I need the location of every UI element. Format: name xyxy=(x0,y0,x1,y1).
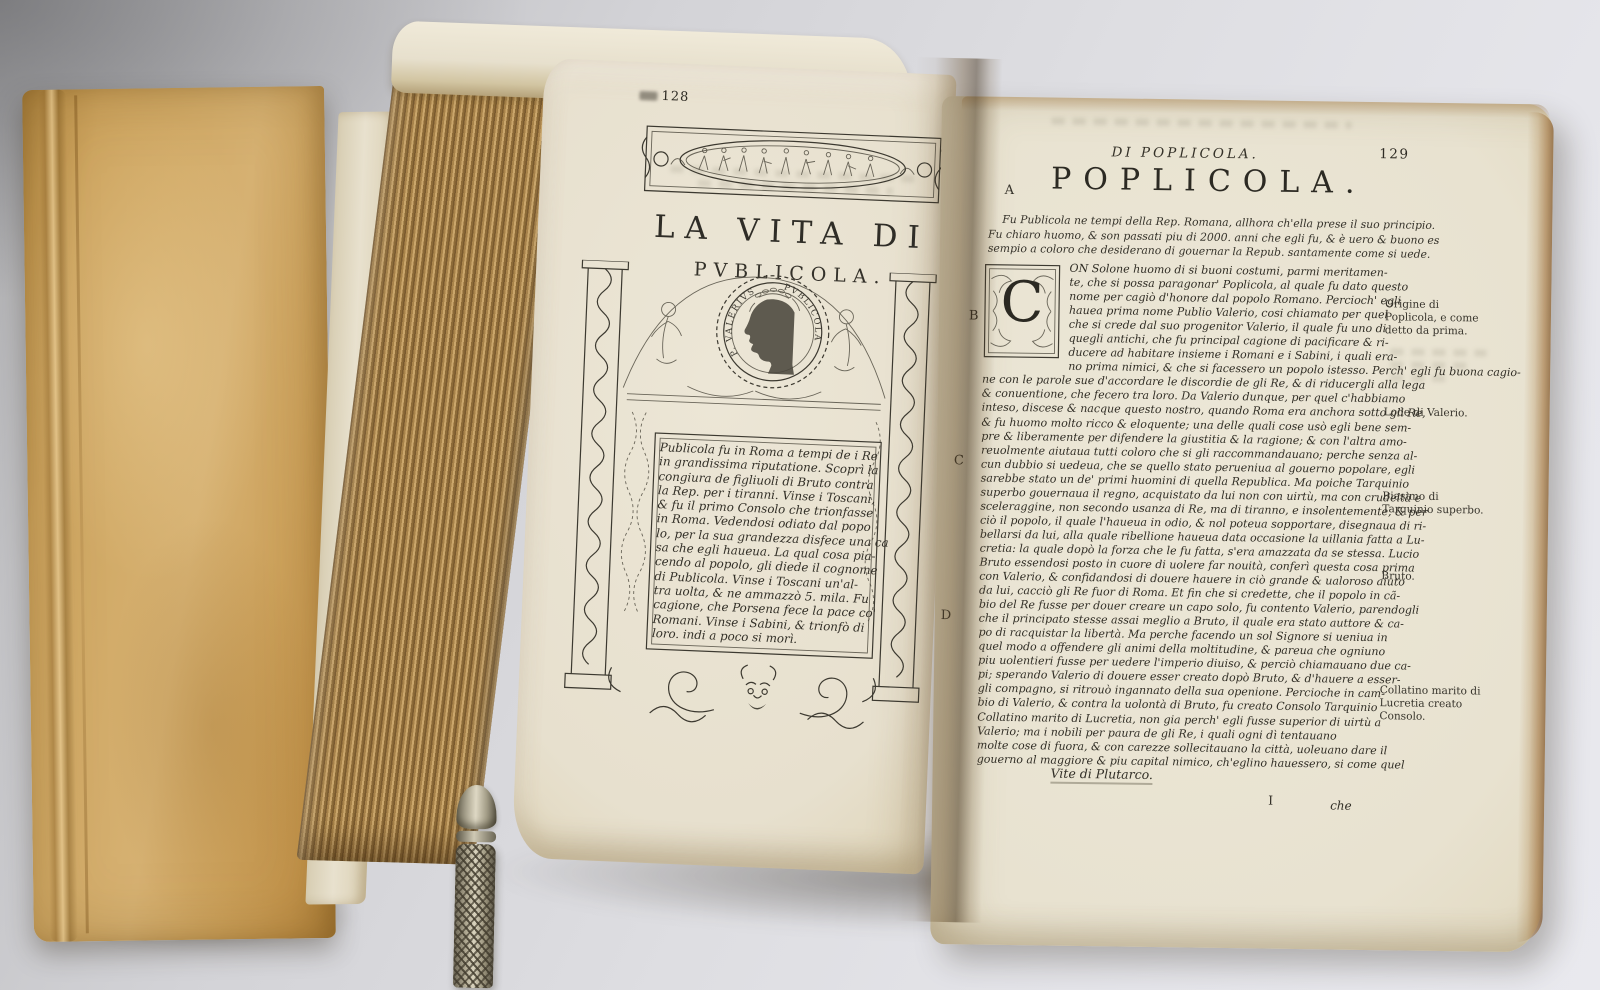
column-letter-b: B xyxy=(969,308,979,323)
drop-cap-initial: C xyxy=(982,263,1061,360)
left-page-title: LA VITA DI xyxy=(633,208,950,257)
column-letter-c: C xyxy=(954,453,964,468)
footer-imprint: Vite di Plutarco. xyxy=(1050,766,1153,785)
margin-note-collatino: Collatino marito di Lucretia creato Cons… xyxy=(1379,684,1482,724)
right-page: DI POPLICOLA. 129 A POPLICOLA. Fu Public… xyxy=(930,96,1554,952)
marker-band xyxy=(456,831,496,843)
margin-note-lode: Lode di Valerio. xyxy=(1384,406,1486,420)
grotesque-mask xyxy=(740,665,776,710)
column-letter-a: A xyxy=(1005,183,1015,198)
page-title: POPLICOLA. xyxy=(1029,161,1389,201)
woodcut-headpiece xyxy=(639,116,946,213)
laureate-profile-portrait xyxy=(743,298,797,375)
medallion: P. VALERIVS PVBLICOLA xyxy=(714,273,831,390)
marker-filigree-shaft xyxy=(453,844,496,989)
summary-text: Publicola fu in Roma a tempi de i Rein g… xyxy=(652,440,880,649)
vellum-cover-board xyxy=(22,86,336,942)
running-header: DI POPLICOLA. xyxy=(1035,143,1335,163)
catchword: che xyxy=(1330,798,1352,812)
signature-mark: I xyxy=(1268,793,1273,808)
margin-note-origine: Origine di Poplicola, e come detto da pr… xyxy=(1385,298,1488,338)
right-page-folio: 129 xyxy=(1379,146,1410,162)
photo-background: 128 LA VITA DI PVBLICOLA. xyxy=(0,0,1600,990)
margin-note-biasimo: Biasimo di Tarquinio superbo. xyxy=(1382,490,1484,517)
margin-note-bruto: Bruto. xyxy=(1381,570,1483,584)
left-page: 128 LA VITA DI PVBLICOLA. xyxy=(511,58,956,875)
body-text: C ON Solone huomo di si buoni costumi, p… xyxy=(977,261,1412,773)
marker-tip xyxy=(456,785,497,830)
intro-text: Fu Publicola ne tempi della Rep. Romana,… xyxy=(988,213,1431,263)
bleedthrough-smudge xyxy=(1052,112,1352,135)
silver-page-marker xyxy=(453,785,497,990)
column-letter-d: D xyxy=(941,608,952,623)
left-page-folio: 128 xyxy=(639,88,689,105)
